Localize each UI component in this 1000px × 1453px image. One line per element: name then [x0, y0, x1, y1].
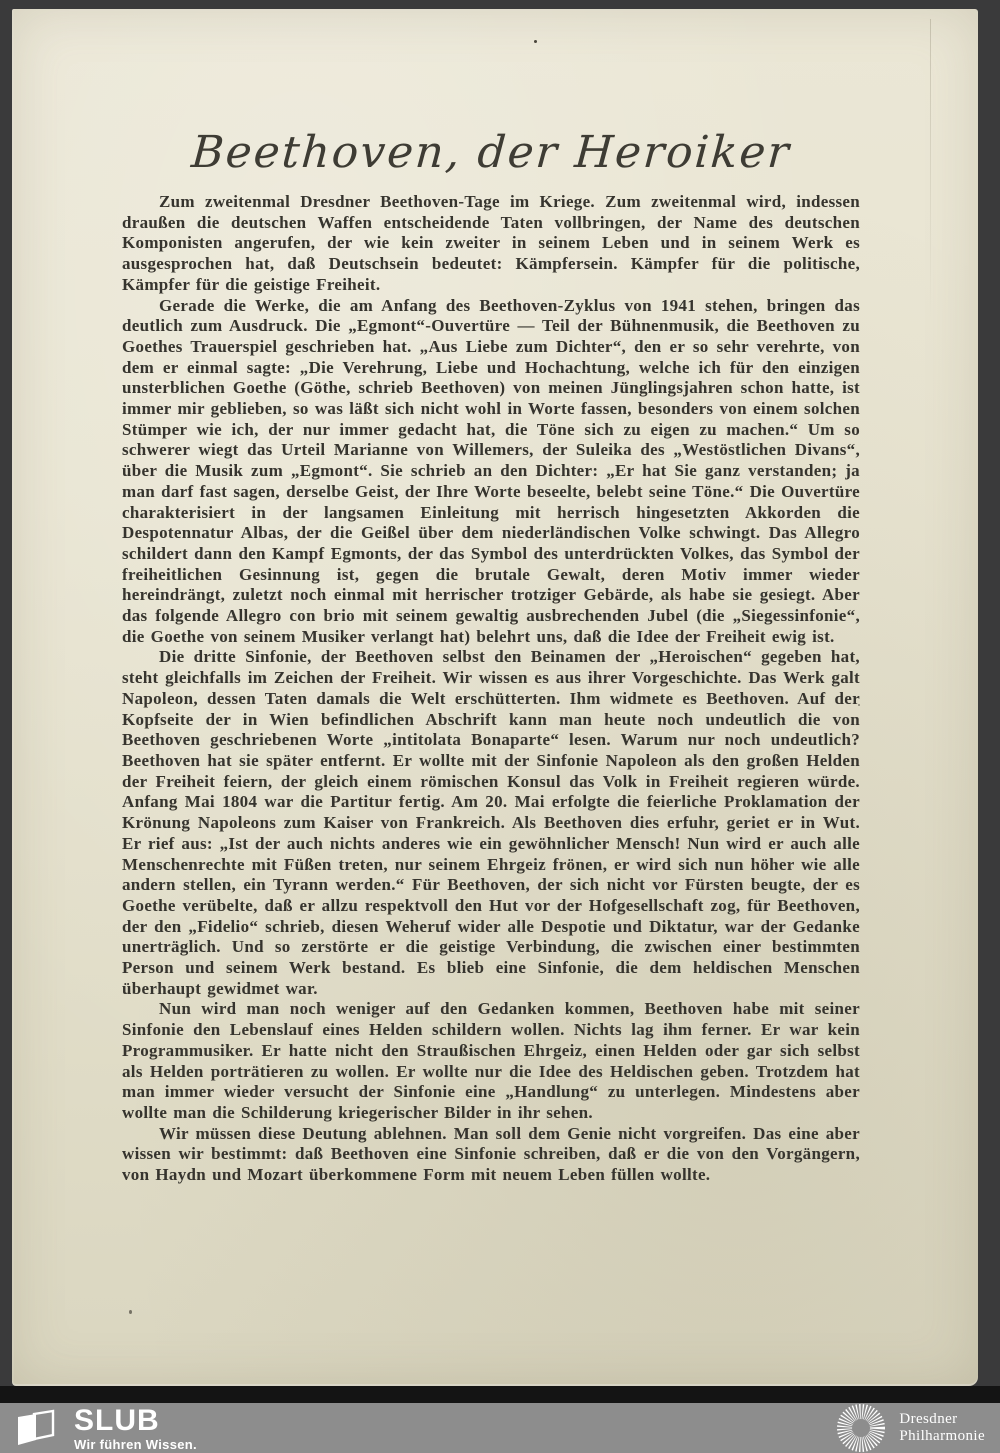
body-paragraph-1: Zum zweitenmal Dresdner Beethoven-Tage i…: [122, 192, 860, 296]
slub-wordmark: SLUB: [74, 1406, 197, 1436]
screenshot-root: { "document": { "title": "Beethoven, der…: [0, 0, 1000, 1453]
philharmonie-name-line2: Philharmonie: [899, 1428, 985, 1445]
body-paragraph-5: Wir müssen diese Deutung ablehnen. Man s…: [122, 1124, 860, 1186]
scan-bottom-strip: [0, 1386, 1000, 1403]
slub-book-icon: [15, 1409, 57, 1449]
body-paragraph-4: Nun wird man noch weniger auf den Gedank…: [122, 999, 860, 1123]
slub-tagline: Wir führen Wissen.: [74, 1438, 197, 1451]
paper-crease: [930, 19, 931, 319]
body-paragraph-2: Gerade die Werke, die am Anfang des Beet…: [122, 296, 860, 648]
document-title: Beethoven, der Heroiker: [120, 127, 862, 178]
document-text-block: Beethoven, der Heroiker Zum zweitenmal D…: [122, 9, 860, 1186]
footer-bar: SLUB Wir führen Wissen. Dresdner Philhar…: [0, 1403, 1000, 1453]
philharmonie-branding: Dresdner Philharmonie: [836, 1403, 985, 1453]
slub-branding: SLUB Wir führen Wissen.: [15, 1406, 197, 1451]
philharmonie-name: Dresdner Philharmonie: [899, 1411, 985, 1445]
slub-text-block: SLUB Wir führen Wissen.: [74, 1406, 197, 1451]
scanned-page: Beethoven, der Heroiker Zum zweitenmal D…: [12, 9, 978, 1386]
philharmonie-starburst-icon: [836, 1403, 886, 1453]
body-paragraph-3: Die dritte Sinfonie, der Beethoven selbs…: [122, 647, 860, 999]
paper-speck: [129, 1310, 132, 1314]
philharmonie-name-line1: Dresdner: [899, 1411, 985, 1428]
